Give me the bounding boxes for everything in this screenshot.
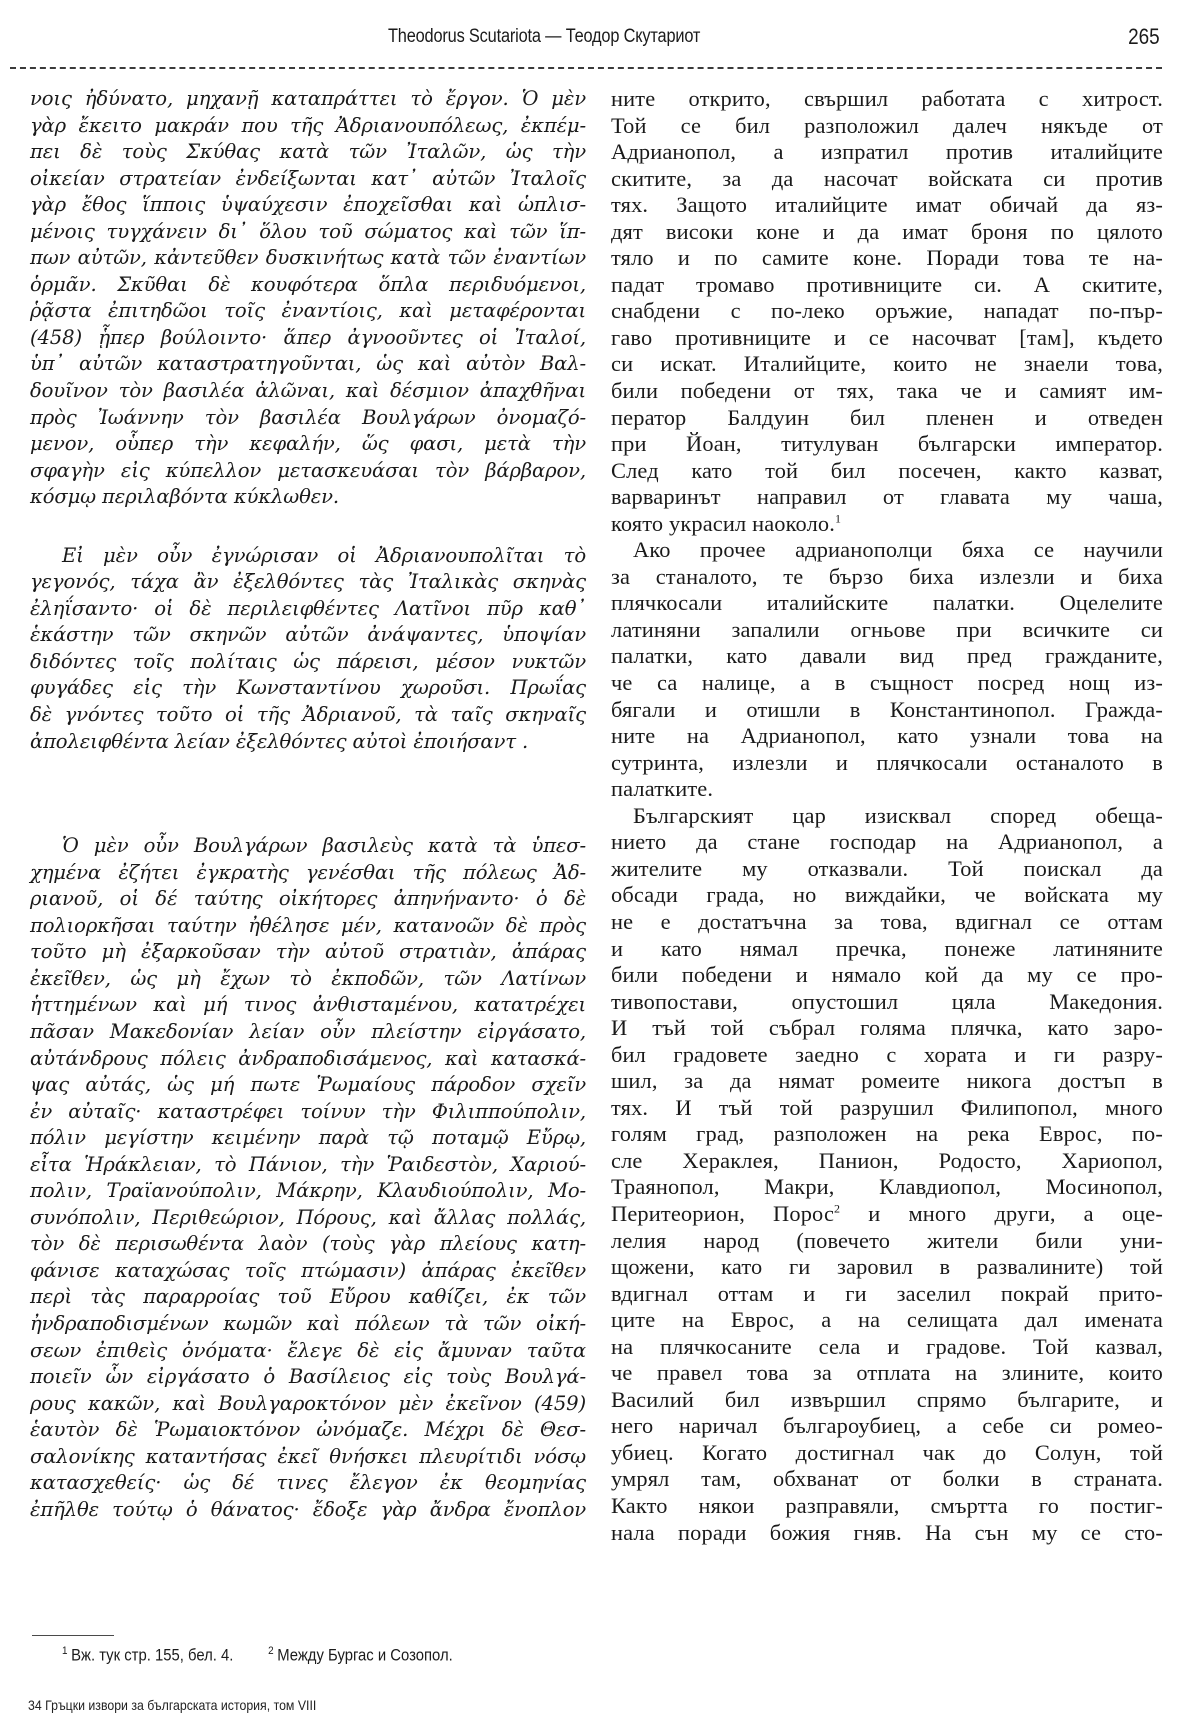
text-line: ἐν αὐταῖς· καταστρέφει τοίνυν τὴν Φιλιππ… xyxy=(30,1099,586,1126)
text-line: πει δὲ τοὺς Σκύθας κατὰ τῶν Ἰταλῶν, ὡς τ… xyxy=(30,139,586,166)
text-line: σφαγὴν εἰς κύπελλον μετασκευάσαι τὸν βάρ… xyxy=(30,458,586,485)
text-line: голям град, разположен на река Еврос, по… xyxy=(611,1121,1163,1148)
text-line: че са налице, а в същност посред нощ из- xyxy=(611,670,1163,697)
text-line: падат тромаво противниците си. А скитите… xyxy=(611,272,1163,299)
text-line: ните открито, свършил работата с хитрост… xyxy=(611,86,1163,113)
bulgarian-text-column: ните открито, свършил работата с хитрост… xyxy=(611,86,1163,1546)
greek-paragraph-3: Ὁ μὲν οὖν Βουλγάρων βασιλεὺς κατὰ τὰ ὑπε… xyxy=(30,833,586,1523)
text-line: ἑκάστην τῶν σκηνῶν αὐτῶν ἀνάψαντες, ὑποψ… xyxy=(30,622,586,649)
text-line: φάνισε καταχώσας τοῖς πτώμασιν) ἀπάρας ἐ… xyxy=(30,1258,586,1285)
text-line: гаво противниците и се насочват [там], к… xyxy=(611,325,1163,352)
text-line: πᾶσαν Μακεδονίαν λείαν οὖν πλείστην εἰργ… xyxy=(30,1019,586,1046)
greek-paragraph-2: Εἰ μὲν οὖν ἐγνώρισαν οἱ Ἀδριανουπολῖται … xyxy=(30,543,586,755)
text-line: χημένα ἐζήτει ἐγκρατὴς γενέσθαι τῆς πόλε… xyxy=(30,860,586,887)
text-line: че правел това за отплата на злините, ко… xyxy=(611,1360,1163,1387)
text-line: варваринът направил от главата му чаша, xyxy=(611,484,1163,511)
footnote-1: 1Вж. тук стр. 155, бел. 4. xyxy=(62,1645,233,1666)
text-line: ρους κακῶν, καὶ Βουλγαροκτόνον μὲν ἐκεῖν… xyxy=(30,1391,586,1418)
text-line: палатките. xyxy=(611,776,1163,803)
bulgarian-paragraph-3: Българският цар изисквал според обеща- н… xyxy=(611,803,1163,1546)
printer-signature: 34 Гръцки извори за българската история,… xyxy=(28,1697,316,1713)
text-line: αὐτάνδρους πόλεις ἀνδραποδισάμενος, καὶ … xyxy=(30,1046,586,1073)
text-line: γὰρ ἔθος ἵπποις ὑψαύχεσιν ἐποχεῖσθαι καὶ… xyxy=(30,192,586,219)
text-line: οἰκείαν στρατείαν ἐνδείξωνται κατ᾽ αὐτῶν… xyxy=(30,166,586,193)
text-line: πόλιν μεγίστην κειμένην παρὰ τῷ ποταμῷ Ε… xyxy=(30,1125,586,1152)
footnote-text: Вж. тук стр. 155, бел. 4. xyxy=(71,1647,233,1665)
text-line: били победени от тях, така че и самият и… xyxy=(611,378,1163,405)
text-line: ὁρμᾶν. Σκῦθαι δὲ κουφότερα ὅπλα περιδυόμ… xyxy=(30,272,586,299)
text-line: латиняни запалили огньове при всичките с… xyxy=(611,617,1163,644)
text-line: κόσμῳ περιλαβόντα κύκλωθεν. xyxy=(30,484,586,511)
paragraph-gap xyxy=(30,755,586,833)
bulgarian-paragraph-2: Ако прочее адрианополци бяха се научили … xyxy=(611,537,1163,802)
text-line: за станалото, те бързо биха излезли и би… xyxy=(611,564,1163,591)
running-title: Theodorus Scutariota — Теодор Скутариот xyxy=(388,26,700,48)
text-line: жителите му отказвали. Той поискал да xyxy=(611,856,1163,883)
text-line: умрял там, обхванат от болки в страната. xyxy=(611,1466,1163,1493)
text-line: при Йоан, титулуван български император. xyxy=(611,431,1163,458)
text-line: палатки, като давали вид пред гражданите… xyxy=(611,643,1163,670)
text-line: вдигнал оттам и ги заселил покрай прито- xyxy=(611,1281,1163,1308)
text-line: обсади града, но виждайки, че войската м… xyxy=(611,882,1163,909)
text-line: щожени, като ги заровил в развалините) т… xyxy=(611,1254,1163,1281)
text-line: били победени и нямало кой да му се про- xyxy=(611,962,1163,989)
text-line: си искат. Италийците, които не знаели то… xyxy=(611,351,1163,378)
text-line: ператор Балдуин бил пленен и отведен xyxy=(611,405,1163,432)
text-line: Ако прочее адрианополци бяха се научили xyxy=(611,537,1163,564)
text-line: ците на Еврос, а на селищата дал имената xyxy=(611,1307,1163,1334)
text-line: ἐπῆλθε τούτῳ ὁ θάνατος· ἔδοξε γὰρ ἄνδρα … xyxy=(30,1497,586,1524)
footnote-rule xyxy=(32,1635,114,1636)
text-line: Ὁ μὲν οὖν Βουλγάρων βασιλεὺς κατὰ τὰ ὑπε… xyxy=(30,833,586,860)
footnotes: 1Вж. тук стр. 155, бел. 4. 2Между Бургас… xyxy=(62,1645,782,1666)
running-head: Theodorus Scutariota — Теодор Скутариот … xyxy=(0,26,1200,56)
text-line: ните на Адрианопол, като узнали това на xyxy=(611,723,1163,750)
text-line: ἐκεῖθεν, ὡς μὴ ἔχων τὸ ἐκποδῶν, τῶν Λατί… xyxy=(30,966,586,993)
text-line: μένοις τυγχάνειν δι᾽ ὅλου τοῦ σώματος κα… xyxy=(30,219,586,246)
text-line: τὸν δὲ περισωθέντα λαὸν (τοὺς γὰρ πλείου… xyxy=(30,1231,586,1258)
text-line: ποιεῖν ὧν εἰργάσατο ὁ Βασίλειος εἰς τοὺς… xyxy=(30,1364,586,1391)
text-line: Както някои разправяли, смъртта го пости… xyxy=(611,1493,1163,1520)
text-line: πων αὐτῶν, κἀντεῦθεν δυσκινήτως κατὰ τῶν… xyxy=(30,245,586,272)
text-line: ἐληΐσαντο· οἱ δὲ περιλειφθέντες Λατῖνοι … xyxy=(30,596,586,623)
paragraph-gap xyxy=(30,511,586,543)
greek-text-column: νοις ἠδύνατο, μηχανῇ καταπράττει τὸ ἔργο… xyxy=(30,86,586,1523)
text-line: πολιορκῆσαι ταύτην ἠθέλησε μέν, κατανοῶν… xyxy=(30,913,586,940)
text-line: ἑαυτὸν δὲ Ῥωμαιοκτόνον ὠνόμαζε. Μέχρι δὲ… xyxy=(30,1417,586,1444)
text-line: сутринта, излезли и плячкосали останалот… xyxy=(611,750,1163,777)
text-line: тяло и по самите коне. Поради това те на… xyxy=(611,245,1163,272)
text-line: Българският цар изисквал според обеща- xyxy=(611,803,1163,830)
text-line: него наричал българоубиец, а себе си ром… xyxy=(611,1413,1163,1440)
text-line: плячкосали италийските палатки. Оцелелит… xyxy=(611,590,1163,617)
text-line: σαλονίκης καταντήσας ἐκεῖ θνήσκει πλευρί… xyxy=(30,1444,586,1471)
text-line: Траянопол, Макри, Клавдиопол, Мосинопол, xyxy=(611,1174,1163,1201)
text-line: μενον, οὗπερ τὴν κεφαλήν, ὥς φασι, μετὰ … xyxy=(30,431,586,458)
text-line: скитите, за да насочат войската си проти… xyxy=(611,166,1163,193)
text-line: След като той бил посечен, както казват, xyxy=(611,458,1163,485)
text-line: τοῦτο μὴ ἐξαρκοῦσαν τὴν αὐτοῦ στρατιὰν, … xyxy=(30,939,586,966)
bulgarian-paragraph-1: ните открито, свършил работата с хитрост… xyxy=(611,86,1163,537)
text-line: не е достатъчна за това, вдигнал се отта… xyxy=(611,909,1163,936)
text-line-tail: и много други, а оце- xyxy=(840,1201,1163,1226)
text-line: ἠνδραποδισμένων κωμῶν καὶ πόλεων τὰ τῶν … xyxy=(30,1311,586,1338)
text-line: διδόντες τοῖς πολίταις ὡς πάρεισι, μέσον… xyxy=(30,649,586,676)
text-line: ἡττημένων καὶ μή τινος ἀνθισταμένου, κατ… xyxy=(30,992,586,1019)
header-rule xyxy=(10,67,1162,69)
text-line: πολιν, Τραϊανούπολιν, Μάκρην, Κλαυδιούπο… xyxy=(30,1178,586,1205)
text-line: Адрианопол, а изпратил против италийците xyxy=(611,139,1163,166)
text-line: И тъй той събрал голяма плячка, като зар… xyxy=(611,1015,1163,1042)
text-line: бягали и отишли в Константинопол. Гражда… xyxy=(611,697,1163,724)
text-line: убиец. Когато достигнал чак до Солун, то… xyxy=(611,1440,1163,1467)
text-line: бил градовете заедно с хората и ги разру… xyxy=(611,1042,1163,1069)
text-line: (458) ᾗπερ βούλοιντο· ἅπερ ἀγνοοῦντες οἱ… xyxy=(30,325,586,352)
text-line: лелия народ (повечето жители били уни- xyxy=(611,1228,1163,1255)
text-line: νοις ἠδύνατο, μηχανῇ καταπράττει τὸ ἔργο… xyxy=(30,86,586,113)
footnote-text: Между Бургас и Созопол. xyxy=(277,1647,453,1665)
text-line: сле Хераклея, Панион, Родосто, Хариопол, xyxy=(611,1148,1163,1175)
footnote-mark: 1 xyxy=(62,1645,68,1657)
text-line: γεγονός, τάχα ἂν ἐξελθόντες τὰς Ἰταλικὰς… xyxy=(30,569,586,596)
text-line: γὰρ ἔκειτο μακράν που τῆς Ἀδριανουπόλεως… xyxy=(30,113,586,140)
text-line: περὶ τὰς παραρροίας τοῦ Εὔρου καθίζει, ἐ… xyxy=(30,1284,586,1311)
text-line-with-footnote: която украсил наоколо.1 xyxy=(611,511,1163,538)
text-line: σεων ἐπιθεὶς ὀνόματα· ἔλεγε δὲ εἰς ἄμυνα… xyxy=(30,1338,586,1365)
text-line: Εἰ μὲν οὖν ἐγνώρισαν οἱ Ἀδριανουπολῖται … xyxy=(30,543,586,570)
text-line: на плячкосаните села и градове. Той казв… xyxy=(611,1334,1163,1361)
text-line: нието да стане господар на Адрианопол, а xyxy=(611,829,1163,856)
text-line: Василий бил извършил спрямо българите, и xyxy=(611,1387,1163,1414)
text-line: πρὸς Ἰωάννην τὸν βασιλέα Βουλγάρων ὀνομα… xyxy=(30,405,586,432)
text-line: снабдени с по-леко оръжие, нападат по-пъ… xyxy=(611,298,1163,325)
text-line: нала поради божия гняв. На сън му се сто… xyxy=(611,1520,1163,1547)
text-line-with-footnote: Перитеорион, Порос2 и много други, а оце… xyxy=(611,1201,1163,1228)
book-page: Theodorus Scutariota — Теодор Скутариот … xyxy=(0,0,1200,1727)
text-line: ῥᾷστα ἐπιτηδῶοι τοῖς ἐναντίοις, καὶ μετα… xyxy=(30,298,586,325)
footnote-mark: 2 xyxy=(268,1645,274,1657)
text-line: δὲ γνόντες τοῦτο οἱ τῆς Ἀδριανοῦ, τὰ ταῖ… xyxy=(30,702,586,729)
text-line: δουῖνον τὸν βασιλέα ἁλῶναι, καὶ δέσμιον … xyxy=(30,378,586,405)
text-line: κατασχεθείς· ὡς δέ τινες ἔλεγον ἐκ θεομη… xyxy=(30,1470,586,1497)
text-line: дят високи коне и да имат броня по цялот… xyxy=(611,219,1163,246)
text-line: тивопостави, опустошил цяла Македония. xyxy=(611,989,1163,1016)
greek-paragraph-1: νοις ἠδύνατο, μηχανῇ καταπράττει τὸ ἔργο… xyxy=(30,86,586,511)
text-line: εἶτα Ἡράκλειαν, τὸ Πάνιον, τὴν Ῥαιδεστὸν… xyxy=(30,1152,586,1179)
footnote-ref-1[interactable]: 1 xyxy=(835,511,841,525)
text-line: шил, за да нямат ромеите никога достъп в xyxy=(611,1068,1163,1095)
text-line: φυγάδες εἰς τὴν Κωνσταντίνου χωροῦσι. Πρ… xyxy=(30,675,586,702)
text-line: Перитеорион, Порос xyxy=(611,1201,834,1226)
text-line: тях. Защото италийците имат обичай да яз… xyxy=(611,192,1163,219)
text-line: и като нямал пречка, понеже латиняните xyxy=(611,936,1163,963)
text-line: ὑπ᾽ αὐτῶν καταστρατηγοῦνται, ὡς καὶ αὐτὸ… xyxy=(30,351,586,378)
footnote-2: 2Между Бургас и Созопол. xyxy=(268,1645,453,1666)
text-line: ψας αὐτάς, ὡς μή πωτε Ῥωμαίους πάροδον σ… xyxy=(30,1072,586,1099)
page-number: 265 xyxy=(1128,24,1160,50)
text-line: ριανοῦ, οἱ δέ ταύτης οἰκήτορες ἀπηνήναντ… xyxy=(30,886,586,913)
text-line: която украсил наоколо. xyxy=(611,511,835,536)
text-line: ἀπολειφθέντα λείαν ἐξελθόντες αὐτοὶ ἐποι… xyxy=(30,729,586,756)
text-line: тях. И тъй той разрушил Филипопол, много xyxy=(611,1095,1163,1122)
text-line: συνόπολιν, Περιθεώριον, Πόρους, καὶ ἄλλα… xyxy=(30,1205,586,1232)
text-line: Той се бил разположил далеч някъде от xyxy=(611,113,1163,140)
